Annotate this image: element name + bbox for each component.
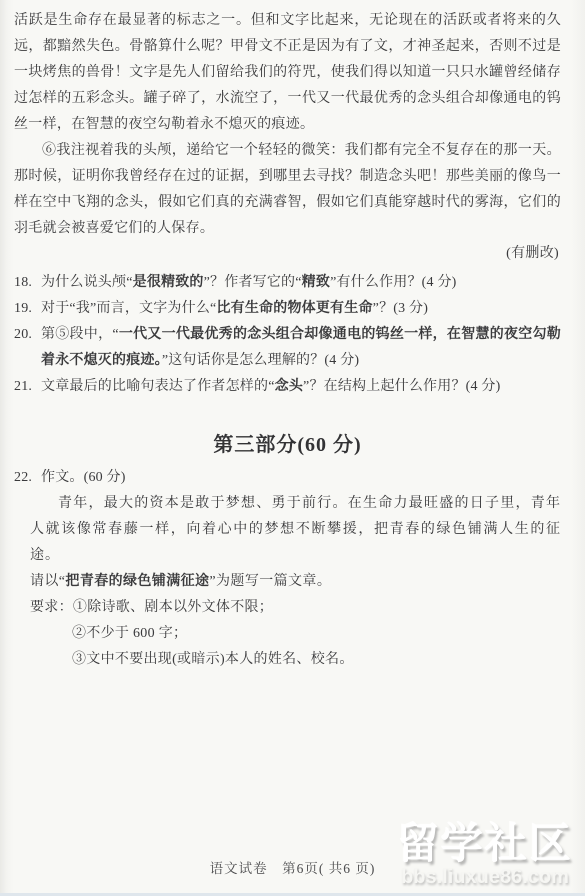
question-19: 19. 对于“我”而言，文字为什么“比有生命的物体更有生命”？(3 分) <box>14 296 561 322</box>
essay-requirement-2: ②不少于 600 字； <box>30 621 561 647</box>
question-text: 第⑤段中，“一代又一代最优秀的念头组合却像通电的钨丝一样，在智慧的夜空勾勒着永不… <box>41 327 561 368</box>
essay-requirement-1: 要求：①除诗歌、剧本以外文体不限； <box>30 595 561 621</box>
passage-paragraph-5-continued: 活跃是生命存在最显著的标志之一。但和文字比起来，无论现在的活跃或者将来的久远，都… <box>14 8 561 138</box>
question-text: 对于“我”而言，文字为什么“比有生命的物体更有生命”？(3 分) <box>41 301 428 316</box>
question-text: 文章最后的比喻句表达了作者怎样的“念头”？在结构上起什么作用？(4 分) <box>41 379 500 394</box>
question-number: 21. <box>14 374 32 400</box>
essay-intro-paragraph: 青年，最大的资本是敢于梦想、勇于前行。在生命力最旺盛的日子里，青年人就该像常春藤… <box>30 491 561 569</box>
essay-title-instruction: 请以“把青春的绿色铺满征途”为题写一篇文章。 <box>30 569 561 595</box>
question-number: 20. <box>14 322 32 348</box>
passage-edit-note: (有删改) <box>14 242 561 266</box>
page-content: 活跃是生命存在最显著的标志之一。但和文字比起来，无论现在的活跃或者将来的久远，都… <box>14 8 561 673</box>
reading-questions: 18. 为什么说头颅“是很精致的”？作者写它的“精致”有什么作用？(4 分) 1… <box>14 270 561 400</box>
question-18: 18. 为什么说头颅“是很精致的”？作者写它的“精致”有什么作用？(4 分) <box>14 270 561 296</box>
question-number: 19. <box>14 296 32 322</box>
question-label: 作文。(60 分) <box>41 470 126 485</box>
question-number: 22. <box>14 465 32 491</box>
page-footer: 语文试卷 第6页( 共6 页) <box>0 857 585 877</box>
watermark: 留学社区 bbs.liuxue86.com <box>387 823 583 887</box>
essay-prompt: 青年，最大的资本是敢于梦想、勇于前行。在生命力最旺盛的日子里，青年人就该像常春藤… <box>30 491 561 673</box>
passage-paragraph-6: ⑥我注视着我的头颅，递给它一个轻轻的微笑：我们都有完全不复存在的那一天。那时候，… <box>14 138 561 242</box>
question-text: 为什么说头颅“是很精致的”？作者写它的“精致”有什么作用？(4 分) <box>41 275 457 290</box>
essay-requirement-3: ③文中不要出现(或暗示)本人的姓名、校名。 <box>30 647 561 673</box>
question-21: 21. 文章最后的比喻句表达了作者怎样的“念头”？在结构上起什么作用？(4 分) <box>14 374 561 400</box>
question-22: 22. 作文。(60 分) <box>14 465 561 491</box>
question-number: 18. <box>14 270 32 296</box>
section-3-heading: 第三部分(60 分) <box>14 428 561 457</box>
question-20: 20. 第⑤段中，“一代又一代最优秀的念头组合却像通电的钨丝一样，在智慧的夜空勾… <box>14 322 561 374</box>
exam-page: 活跃是生命存在最显著的标志之一。但和文字比起来，无论现在的活跃或者将来的久远，都… <box>0 0 585 896</box>
reading-passage: 活跃是生命存在最显著的标志之一。但和文字比起来，无论现在的活跃或者将来的久远，都… <box>14 8 561 266</box>
